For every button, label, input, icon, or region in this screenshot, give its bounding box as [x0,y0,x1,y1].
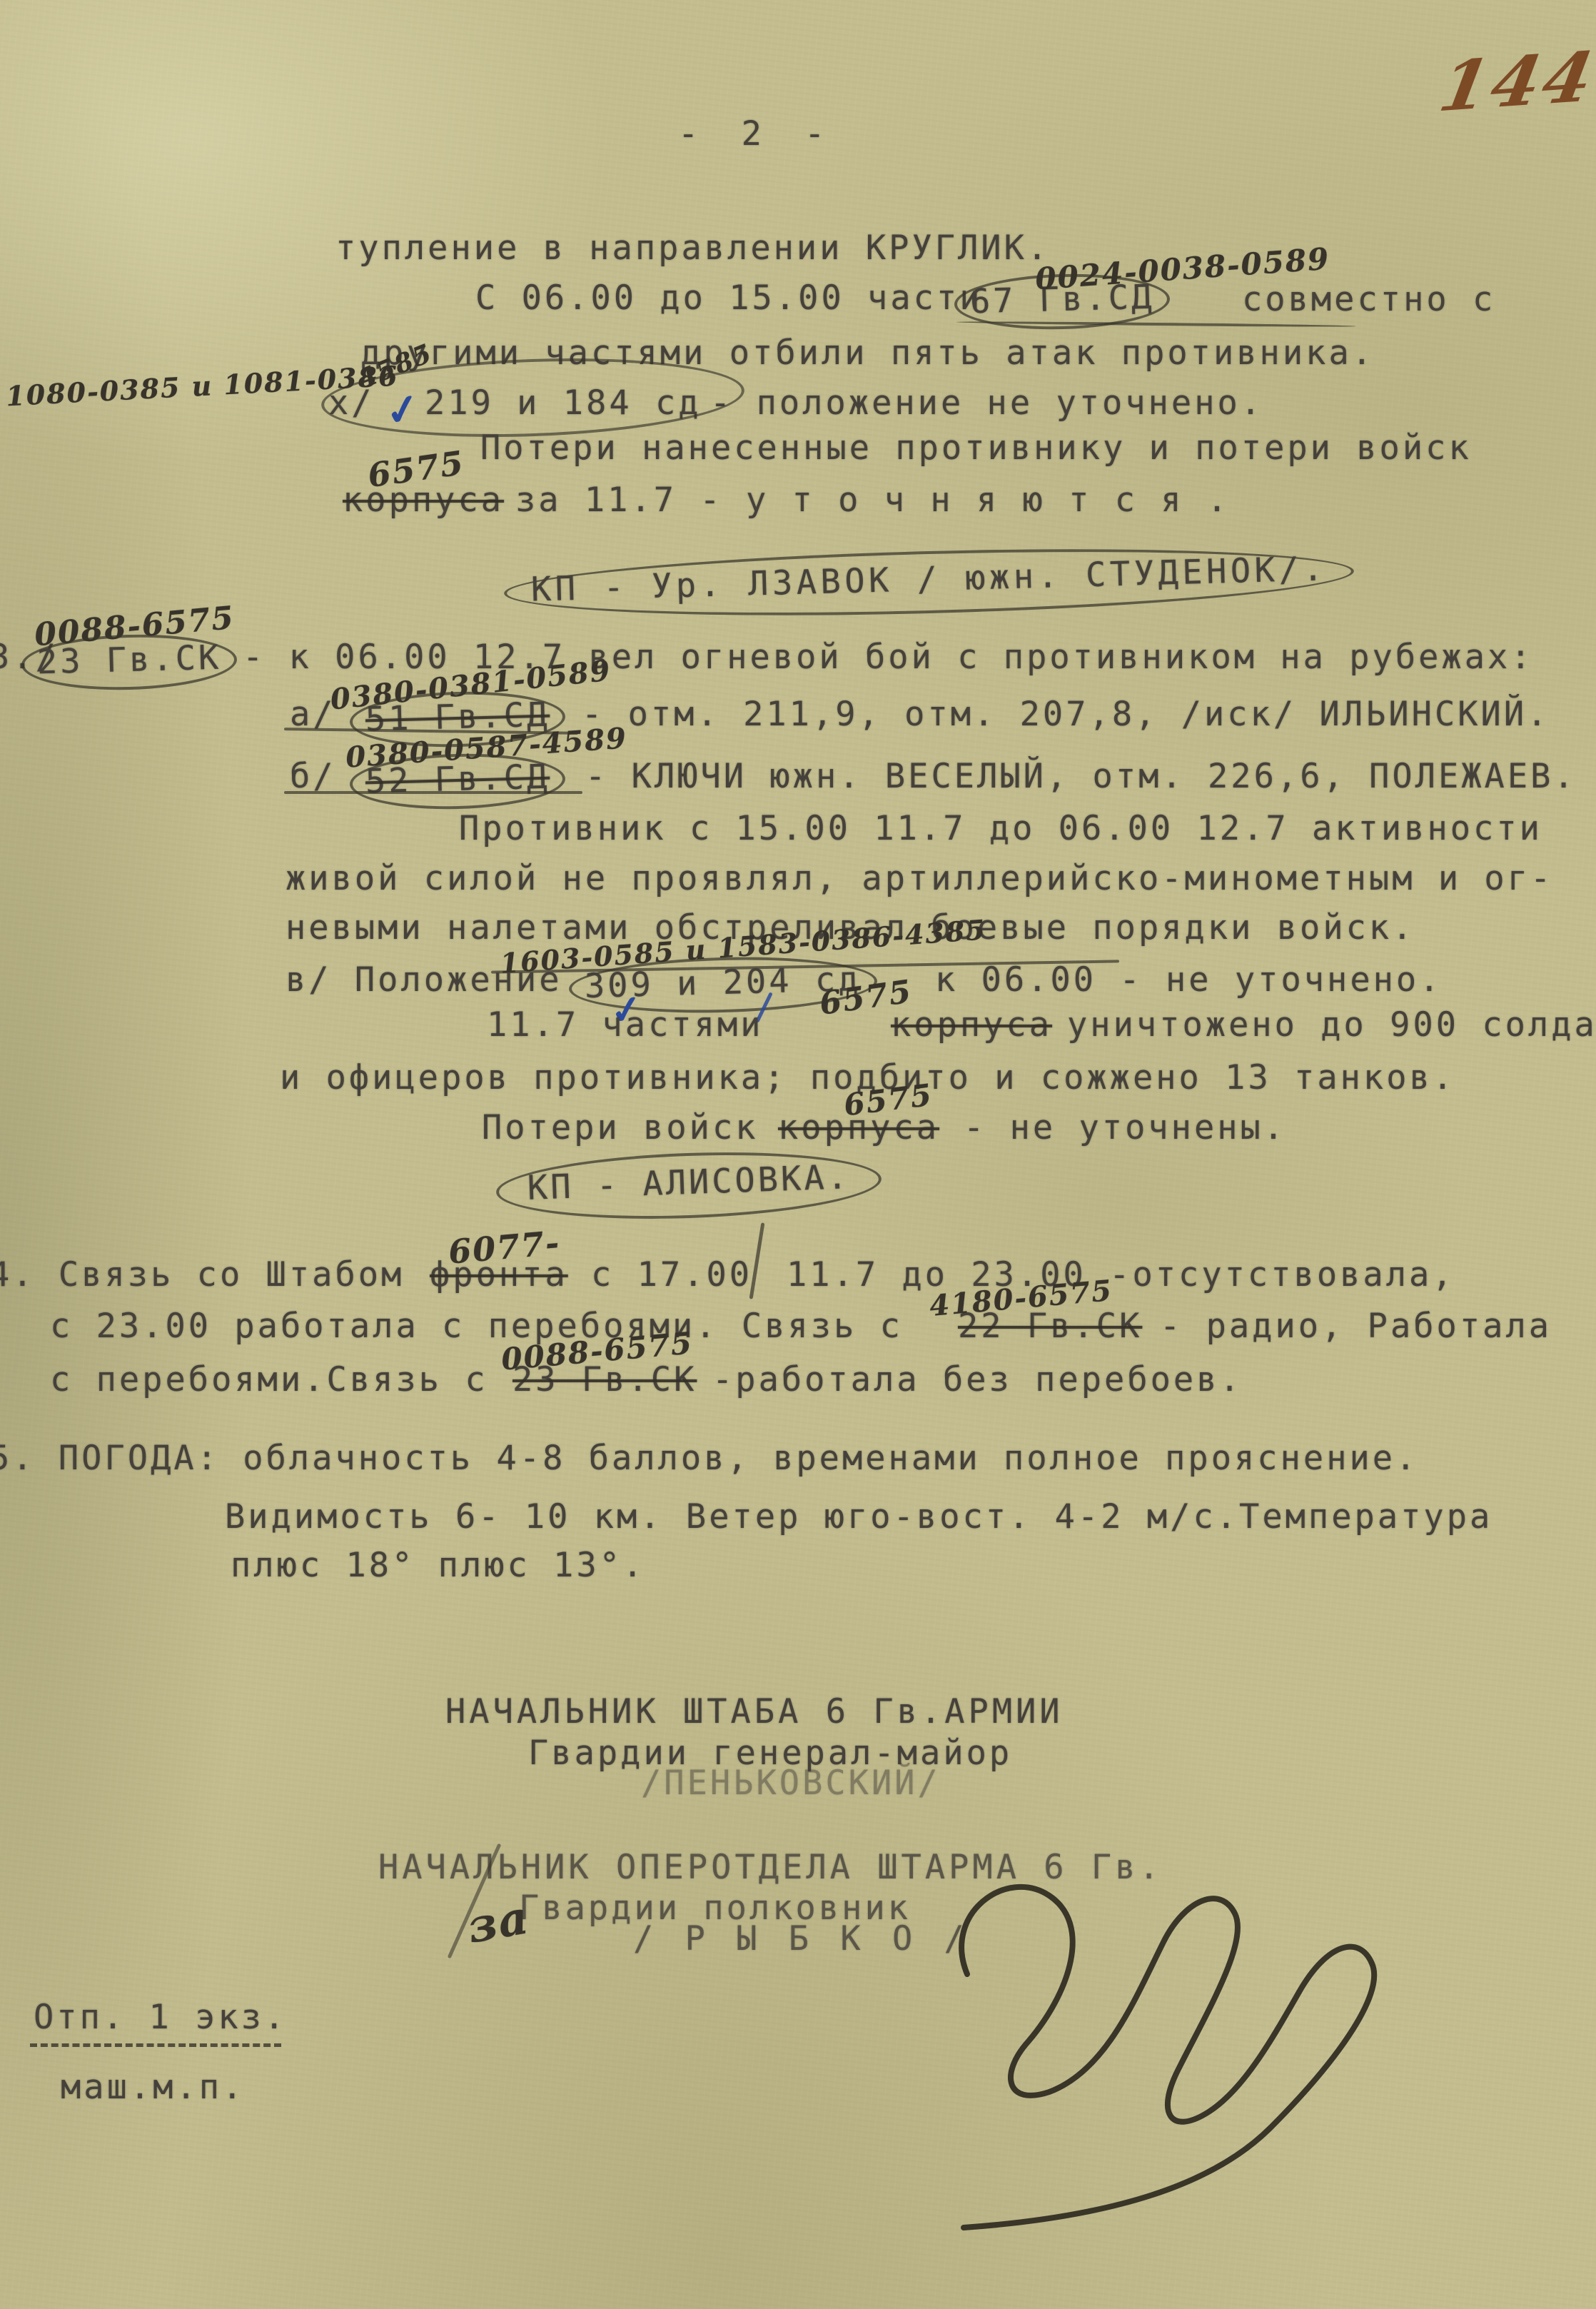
circled-unit-52gvsd: 52 Гв.СД [363,757,552,802]
body-line-6a: корпуса [343,481,504,520]
scanned-document: { "page": { "number": "- 2 -", "folio": … [0,0,1596,2309]
body-line-23: Видимость 6- 10 км. Ветер юго-вост. 4-2 … [225,1497,1493,1536]
pencil-oval-52gvsd: 52 Гв.СД [349,751,566,812]
body-line-17a: Потери войск [482,1108,759,1147]
struck-word-fronta: фронта [430,1255,568,1294]
struck-word-korpusa-2: корпуса [891,1005,1052,1045]
body-line-22: 5. ПОГОДА: облачность 4-8 баллов, времен… [0,1439,1418,1478]
document-page: - 2 - 144 тупление в направлении КРУГЛИК… [0,0,1596,2309]
body-line-15a: 11.7 частями [487,1005,764,1045]
body-line-14a: в/ Положение [286,960,562,1000]
body-line-8c: - к 06.00 12.7 вел огневой бой с противн… [243,638,1534,677]
signature-title-1: НАЧАЛЬНИК ШТАБА 6 Гв.АРМИИ [445,1692,1064,1731]
body-line-2: С 06.00 до 15.00 части [475,278,983,318]
dashed-underline [30,2043,281,2047]
body-line-20c: - радио, Работала [1160,1307,1552,1346]
body-line-11: Противник с 15.00 11.7 до 06.00 12.7 акт… [459,809,1542,848]
body-line-1: тупление в направлении КРУГЛИК. [335,228,1050,268]
body-line-21a: с перебоями.Связь с [50,1360,488,1399]
struck-word-korpusa: корпуса [343,481,504,520]
body-line-10a: б/ [290,757,336,796]
command-post-line-2: КП - АЛИСОВКА. [525,1160,853,1205]
body-line-24: плюс 18° плюс 13°. [231,1546,645,1585]
body-line-12: живой силой не проявлял, артиллерийско-м… [286,859,1553,898]
body-line-9c: - отм. 211,9, отм. 207,8, /иск/ ИЛЬИНСКИ… [582,695,1550,734]
body-line-19d: 11.7 до 23.00 -отсутствовала, [787,1255,1455,1294]
command-post-line-1: КП - Ур. ЛЗАВОК / южн. СТУДЕНОК/. [528,557,1330,602]
body-line-14c: к 06.00 - не уточнено. [935,960,1443,1000]
copies-note: Отп. 1 экз. [34,1998,287,2037]
folio-number: 144 [1433,36,1596,128]
body-line-15c: уничтожено до 900 солдат [1067,1005,1596,1045]
body-line-4c: - положение не уточнено. [710,383,1263,423]
body-line-5: Потери нанесенные противнику и потери во… [480,428,1472,468]
signature-name-1: /ПЕНЬКОВСКИЙ/ [641,1764,941,1803]
body-line-2c: совместно с [1242,280,1495,319]
signature-ink [899,1828,1399,2242]
pencil-oval-23gvsk: 23 Гв.СК [21,632,238,693]
circled-unit-23gvsk: 23 Гв.СК [34,638,224,683]
body-line-19b: фронта [430,1255,568,1294]
body-line-6b: за 11.7 - у т о ч н я ю т с я . [515,481,1230,520]
pencil-oval-kp2: КП - АЛИСОВКА. [495,1147,883,1225]
body-line-19c: с 17.00 [591,1255,752,1294]
body-line-10c: - КЛЮЧИ южн. ВЕСЕЛЫЙ, отм. 226,6, ПОЛЕЖА… [585,757,1577,796]
pencil-oval-kp1: КП - Ур. ЛЗАВОК / южн. СТУДЕНОК/. [503,540,1355,624]
body-line-20a: с 23.00 работала с перебоями. Связь с [50,1307,903,1346]
body-line-19a: 4. Связь со Штабом [0,1255,404,1294]
page-number: - 2 - [678,114,836,154]
pencil-underline-52 [284,791,582,794]
body-line-15b: корпуса [891,1005,1052,1045]
body-line-17c: - не уточнены. [964,1108,1286,1147]
body-line-21c: -работала без перебоев. [712,1360,1243,1399]
typist-note: маш.м.п. [61,2068,245,2107]
